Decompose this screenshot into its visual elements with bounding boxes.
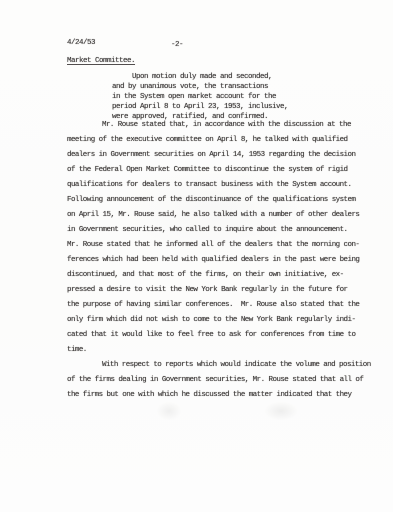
text-line: in the System open market account for th… xyxy=(112,92,288,102)
text-line: Mr. Rouse stated that he informed all of… xyxy=(67,238,359,253)
text-line: period April 8 to April 23, 1953, inclus… xyxy=(112,102,288,112)
text-line: the firms but one with which he discusse… xyxy=(67,388,371,403)
document-page: 4/24/53 -2- Market Committee. Upon motio… xyxy=(0,0,393,512)
paragraph-2: With respect to reports which would indi… xyxy=(67,358,371,403)
text-line: cated that it would like to feel free to… xyxy=(67,328,359,343)
document-date: 4/24/53 xyxy=(67,39,95,47)
text-line: With respect to reports which would indi… xyxy=(67,358,371,373)
text-line: time. xyxy=(67,343,359,358)
text-line: ferences which had been held with qualif… xyxy=(67,253,359,268)
text-line: and by unanimous vote, the transactions xyxy=(112,82,288,92)
text-line: in Government securities, who called to … xyxy=(67,223,359,238)
text-line: Mr. Rouse stated that, in accordance wit… xyxy=(67,118,359,133)
text-line: of the firms dealing in Government secur… xyxy=(67,373,371,388)
text-line: of the Federal Open Market Committee to … xyxy=(67,163,359,178)
text-line: qualifications for dealers to transact b… xyxy=(67,178,359,193)
text-line: Upon motion duly made and seconded, xyxy=(112,72,288,82)
paragraph-1: Mr. Rouse stated that, in accordance wit… xyxy=(67,118,359,358)
page-number: -2- xyxy=(171,41,183,49)
text-line: discontinued, and that most of the firms… xyxy=(67,268,359,283)
text-line: the purpose of having similar conference… xyxy=(67,298,359,313)
text-line: only firm which did not wish to come to … xyxy=(67,313,359,328)
text-line: Following announcement of the discontinu… xyxy=(67,193,359,208)
text-line: on April 15, Mr. Rouse said, he also tal… xyxy=(67,208,359,223)
heading-continuation: Market Committee. xyxy=(67,57,135,65)
text-line: dealers in Government securities on Apri… xyxy=(67,148,359,163)
resolution-quote: Upon motion duly made and seconded,and b… xyxy=(112,72,288,122)
text-line: pressed a desire to visit the New York B… xyxy=(67,283,359,298)
text-line: meeting of the executive committee on Ap… xyxy=(67,133,359,148)
